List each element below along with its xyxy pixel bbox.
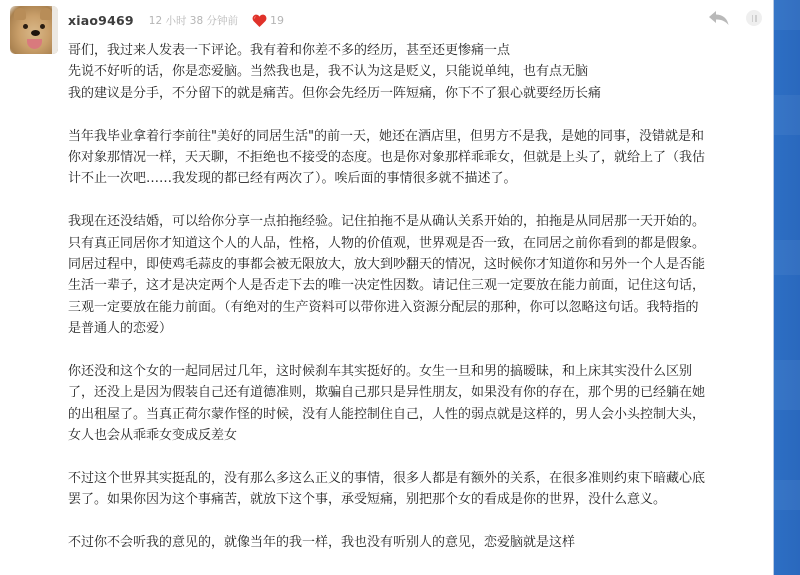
- avatar-eye-left: [23, 24, 28, 29]
- comment-paragraph: 不过这个世界其实挺乱的，没有那么多这么正义的事情，很多人都是有额外的关系，在很多…: [68, 468, 768, 511]
- comment-timestamp: 12 小时 38 分钟前: [149, 13, 238, 28]
- text-line: 当年我毕业拿着行李前往"美好的同居生活"的前一天，她还在酒店里，但男方不是我，是…: [68, 126, 768, 147]
- like-count: 19: [270, 14, 284, 27]
- text-line: 了，还没上是因为假装自己还有道德准则，欺骗自己那只是异性朋友，如果没有你的存在，…: [68, 382, 768, 403]
- text-line: 不过你不会听我的意见的，就像当年的我一样，我也没有听别人的意见，恋爱脑就是这样: [68, 532, 768, 553]
- comment-body: 哥们，我过来人发表一下评论。我有着和你差不多的经历，甚至还更惨痛一点 先说不好听…: [68, 40, 768, 554]
- panel-block: [774, 95, 800, 135]
- comment-paragraph: 我现在还没结婚，可以给你分享一点拍拖经验。记住拍拖不是从确认关系开始的，拍拖是从…: [68, 211, 768, 339]
- text-line: 罢了。如果你因为这个事痛苦，就放下这个事，承受短痛，别把那个女的看成是你的世界，…: [68, 489, 768, 510]
- text-line: 我现在还没结婚，可以给你分享一点拍拖经验。记住拍拖不是从确认关系开始的，拍拖是从…: [68, 211, 768, 232]
- avatar-tongue: [27, 39, 42, 49]
- panel-block: [774, 480, 800, 510]
- text-line: 你对象那情况一样，天天聊，不拒绝也不接受的态度。也是你对象那样乖乖女，但就是上头…: [68, 147, 768, 168]
- avatar-ear-left: [14, 8, 26, 20]
- comment-paragraph: 哥们，我过来人发表一下评论。我有着和你差不多的经历，甚至还更惨痛一点 先说不好听…: [68, 40, 768, 104]
- comment-paragraph: 当年我毕业拿着行李前往"美好的同居生活"的前一天，她还在酒店里，但男方不是我，是…: [68, 126, 768, 190]
- like-button[interactable]: 19: [252, 14, 284, 27]
- panel-block: [774, 240, 800, 275]
- text-line: 只有真正同居你才知道这个人的人品，性格，人物的价值观，世界观是否一致，在同居之前…: [68, 233, 768, 254]
- avatar-ear-right: [40, 8, 52, 20]
- text-line: 三观一定要放在能力前面。（有绝对的生产资料可以带你进入资源分配层的那种，你可以忽…: [68, 297, 768, 318]
- user-avatar[interactable]: [10, 6, 58, 54]
- heart-icon: [252, 14, 267, 27]
- text-line: 生活一辈子，这才是决定两个人是否走下去的唯一决定性因数。请记住三观一定要放在能力…: [68, 275, 768, 296]
- pause-bar-right: [755, 15, 757, 22]
- side-panel-background: [773, 0, 800, 575]
- text-line: 同居过程中，即使鸡毛蒜皮的事都会被无限放大，放大到吵翻天的情况，这时候你才知道你…: [68, 254, 768, 275]
- pause-circle-icon[interactable]: [746, 10, 762, 26]
- text-line: 的出租屋了。当真正荷尔蒙作怪的时候，没有人能控制住自己，人性的弱点就是这样的，男…: [68, 404, 768, 425]
- text-line: 先说不好听的话，你是恋爱脑。当然我也是，我不认为这是贬义，只能说单纯，也有点无脑: [68, 61, 768, 82]
- panel-block: [774, 360, 800, 410]
- panel-block: [774, 0, 800, 30]
- pause-bar-left: [752, 15, 754, 22]
- comment-card: xiao9469 12 小时 38 分钟前 19 哥们，我过来人发表一下评论。我…: [0, 0, 773, 575]
- avatar-eye-right: [40, 24, 45, 29]
- avatar-nose: [31, 30, 40, 36]
- comment-header: xiao9469 12 小时 38 分钟前 19: [68, 10, 284, 30]
- reply-arrow-icon[interactable]: [708, 10, 730, 26]
- text-line: 是普通人的恋爱）: [68, 318, 768, 339]
- text-line: 计不止一次吧……我发现的都已经有两次了）。唉后面的事情很多就不描述了。: [68, 168, 768, 189]
- text-line: 我的建议是分手，不分留下的就是痛苦。但你会先经历一阵短痛，你下不了狠心就要经历长…: [68, 83, 768, 104]
- text-line: 你还没和这个女的一起同居过几年，这时候刹车其实挺好的。女生一旦和男的搞暧昧，和上…: [68, 361, 768, 382]
- comment-paragraph: 你还没和这个女的一起同居过几年，这时候刹车其实挺好的。女生一旦和男的搞暧昧，和上…: [68, 361, 768, 447]
- comment-paragraph: 不过你不会听我的意见的，就像当年的我一样，我也没有听别人的意见，恋爱脑就是这样: [68, 532, 768, 553]
- avatar-edge: [52, 6, 58, 54]
- text-line: 不过这个世界其实挺乱的，没有那么多这么正义的事情，很多人都是有额外的关系，在很多…: [68, 468, 768, 489]
- username-link[interactable]: xiao9469: [68, 13, 134, 28]
- text-line: 哥们，我过来人发表一下评论。我有着和你差不多的经历，甚至还更惨痛一点: [68, 40, 768, 61]
- text-line: 女人也会从乖乖女变成反差女: [68, 425, 768, 446]
